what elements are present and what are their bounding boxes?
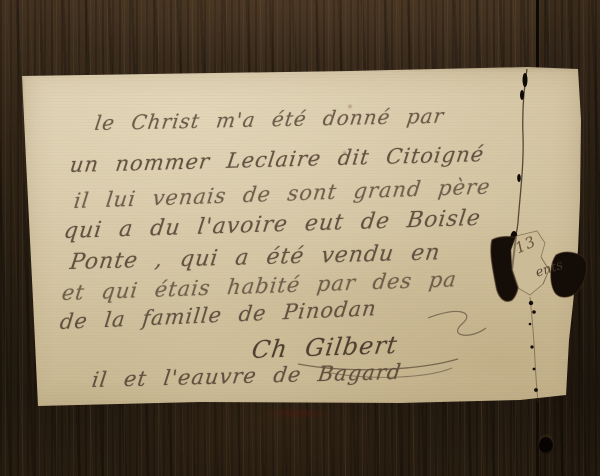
wormhole	[539, 437, 553, 454]
photo-of-note: le Christ m'a été donné par un nommer Le…	[0, 0, 600, 476]
signature-line: Ch Gilbert	[250, 331, 400, 364]
